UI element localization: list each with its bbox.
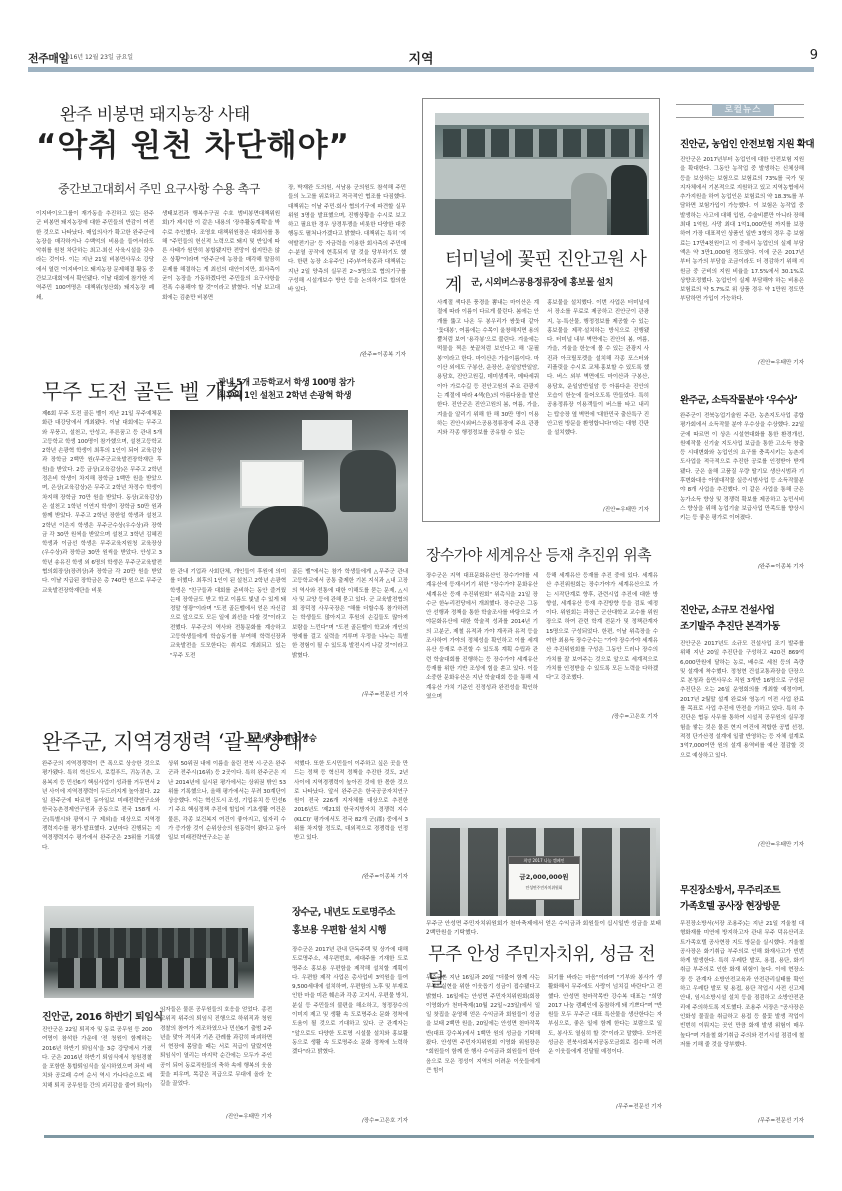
article-column-3: 장, 박재완 도의원, 서남용 군의원도 참석해 주민들의 노고를 위로하고 적… [288,184,406,352]
article-jangsu-heritage: 장수가야 세계유산 등재 추진위 위촉 장수군은 지역 대표문화유산인 장수가야… [422,540,662,750]
article-column-1: 사계절 색다른 풍경을 뽐내는 마이산은 계절에 따라 이름이 다르게 불린다.… [437,299,539,513]
sidebar-item-title-line-1: 진안군, 소규모 건설사업 [680,602,774,616]
photo-person-2 [611,165,647,235]
masthead-rule [28,67,814,72]
article-byline: /완주=이종복 기자 [294,872,408,880]
article-jangsu-postbox: 장수군, 내년도 도로명주소 홍보용 우편함 설치 시행 장수군은 2017년 … [292,900,414,1130]
photo-student [248,506,328,556]
terminal-photo [435,113,649,235]
page-number: 9 [810,48,818,63]
donation-photo: 희망 2017 나눔 캠페인 금2,000,000원 안성면주민자치위원회 [426,818,660,916]
article-column-2: 한 관내 기업과 사회단체, 개인들이 후원에 의미를 더했다. 최후의 1인이… [170,568,286,700]
article-column-2: 생태보전과 행복추구권 수호 범비봉면대책위원회)가 제시한 이 같은 내용의 … [162,210,280,360]
article-deck-line-1: 관내 5개 고등학교서 학생 100명 참가 [218,376,354,388]
article-byline: /장수=고은호 기자 [292,1116,408,1124]
article-byline: /장수=고은호 기자 [546,712,658,720]
article-column-1: 무주군은 지난 16일과 20일 "더불어 함께 사는 무주" 실현을 위한 이… [426,974,540,1122]
article-column-2: 등해 세계유산 등재를 추진 중에 있다. 세계유산 추진위원회는 장수가야가 … [546,572,658,712]
article-column-2: 되기를 바라는 마음"이라며 "기부와 봉사가 생활화해서 무주에도 사랑이 넘… [548,974,662,1098]
article-jinan-retirement: 진안군, 2016 하반기 퇴임식 진안군은 22일 퇴직자 및 동료 공무원 … [28,1004,268,1124]
sign-title: 희망 2017 나눔 캠페인 [509,857,579,864]
article-terminal: 터미널에 꽃핀 진안고원 사계 군, 시외버스공용정류장에 홍보물 설치 사계절… [422,98,660,522]
retirement-group-photo [44,906,254,998]
page-bottom-rule [44,1135,814,1138]
sidebar-item-body: 완주군이 전북농업기술원 주관, 농촌지도사업 종합평가회에서 소득작물 분야 … [680,412,804,562]
article-byline: /진안=우태만 기자 [160,1112,272,1120]
article-muju-donation: 희망 2017 나눔 캠페인 금2,000,000원 안성면주민자치위원회 무주… [422,790,666,1126]
article-column-2: 홍보물을 설치했다. 이번 사업은 터미널에서 장소를 무료로 제공하고 진안군… [547,299,649,505]
sidebar-item-byline: /무주=전문선 기자 [680,1116,804,1124]
article-byline: /무주=전문선 기자 [548,1102,662,1110]
section-title: 지역 [401,48,441,67]
sidebar-item-title: 완주군, 소득작물분야 ‘우수상’ [680,392,797,406]
sidebar-local-news: 로컬뉴스 진안군, 농업인 안전보험 지원 확대 진안군은 2017년부터 농업… [676,96,816,1132]
article-deck-line-2: 최후의 1인 설천고 2학년 손광혁 학생 [218,389,351,401]
article-headline: 진안군, 2016 하반기 퇴임식 [42,1008,163,1023]
article-column-1: 장수군은 지역 대표문화유산인 장수가야를 세계유산에 등재시키기 위한 "장수… [426,572,538,728]
sidebar-item-byline: /진안=우태만 기자 [680,358,804,366]
article-subhead: 중간보고대회서 주민 요구사항 수용 촉구 [58,180,260,197]
sidebar-item-byline: /진안=우태만 기자 [680,840,804,848]
sidebar-item-title-line-1: 무진장소방서, 무주리조트 [680,882,780,896]
sidebar-item-title-line-2: 가족호텔 공사장 현장방문 [680,898,780,912]
article-golden-bell: 무주 도전 골든 벨 개최 관내 5개 고등학교서 학생 100명 참가 최후의… [28,372,410,702]
article-byline: /진안=우태만 기자 [547,505,649,513]
article-wanju-competitiveness: 완주군, 지역경쟁력 ‘괄목상대’ 2년새 30계단 상승 완주군의 지역경쟁력… [28,722,410,882]
article-headline: 터미널에 꽃핀 진안고원 사계 [445,245,659,297]
sidebar-bottom-rule [676,117,804,118]
article-body: 장수군은 2017년 관내 단독주택 및 상가에 대해 도로명주소, 새우편번호… [292,946,408,1114]
article-column-1: 이지바이오그룹이 재가동을 추진하고 있는 완주군 비봉면 돼지농장에 대한 주… [36,210,154,360]
sidebar-item-byline: /완주=이종복 기자 [680,562,804,570]
article-column-2: 임자들은 물론 공무원들의 호응을 얻었다. 종전 고위직 위주의 퇴임식 진행… [160,1006,272,1110]
photo-front-row [58,958,238,988]
issue-date: 2016년 12월 23일 금요일 [62,52,133,61]
article-column-1: 제6회 무주 도전 골든 벨이 지난 21일 무주예체문화관 대강당에서 개최됐… [42,410,162,700]
photo-wall-banner [435,113,649,125]
sidebar-item-title-line-2: 조기발주 추진단 본격가동 [680,618,780,632]
photo-caption: 무주군 안성면 주민자치위원회가 천마축제에서 얻은 수익금과 회원들이 십시일… [426,920,662,938]
article-column-1: 완주군의 지역경쟁력이 큰 폭으로 상승한 것으로 평가됐다. 특히 혁신도시,… [42,760,160,882]
photo-whiteboard-1 [240,460,304,508]
article-column-3: 석했다. 또한 도시민들이 이주하고 싶은 곳을 만드는 정책 등 혁신적 정책… [294,760,408,872]
donation-sign: 희망 2017 나눔 캠페인 금2,000,000원 안성면주민자치위원회 [508,856,580,900]
sidebar-item-title: 진안군, 농업인 안전보험 지원 확대 [680,136,814,150]
sidebar-item-body: 무진장소방서(서장 조용주)는 지난 21일 겨울철 대형화재를 미연에 방지하… [680,920,804,1116]
article-byline: /완주=이종복 기자 [288,350,406,358]
photo-ground [435,199,571,235]
photo-whiteboard-2 [302,420,352,450]
photo-student-2 [340,450,396,512]
article-headline: “악취 원천 차단해야” [36,120,350,165]
golden-bell-photo [170,410,408,562]
article-headline-line-2: 홍보용 우편함 설치 시행 [292,922,386,936]
article-column-3: 골든 벨"에서는 참가 학생들에게 △무주군 관내 고등학교에서 공통 출제한 … [292,568,408,690]
article-column-1: 진안군은 22일 퇴직자 및 동료 공무원 등 200여명이 참석한 가운데 '… [42,1026,152,1122]
sidebar-item-body: 진안군은 2017년부터 농업인에 대한 안전보험 지원을 확대한다. 그동안 … [680,156,804,358]
sign-amount: 금2,000,000원 [509,870,579,884]
article-headline: 장수가야 세계유산 등재 추진위 위촉 [426,544,651,565]
photo-back-row [50,928,248,962]
sidebar-item-body: 진안군은 2017년도 소규모 건설사업 조기 발주를 위해 지난 20일 추진… [680,640,804,838]
article-headline-line-1: 장수군, 내년도 도로명주소 [292,904,395,918]
photo-person-1 [571,173,607,235]
sign-org: 안성면주민자치위원회 [509,884,579,892]
photo-window-row [443,129,643,157]
article-pig-farm: 완주 비봉면 돼지농장 사태 “악취 원천 차단해야” 중간보고대회서 주민 요… [28,96,408,360]
article-column-2: 상위 50위권 내에 이름을 올린 전북 시·군은 완주군과 전주시(16위) … [168,760,286,882]
article-headline: 무주 도전 골든 벨 개최 [42,376,245,406]
article-byline: /무주=전문선 기자 [292,690,408,698]
sidebar-section-label: 로컬뉴스 [712,104,774,116]
article-deck: 2년새 30계단 상승 [248,732,317,744]
article-subhead: 군, 시외버스공용정류장에 홍보물 설치 [471,275,613,288]
